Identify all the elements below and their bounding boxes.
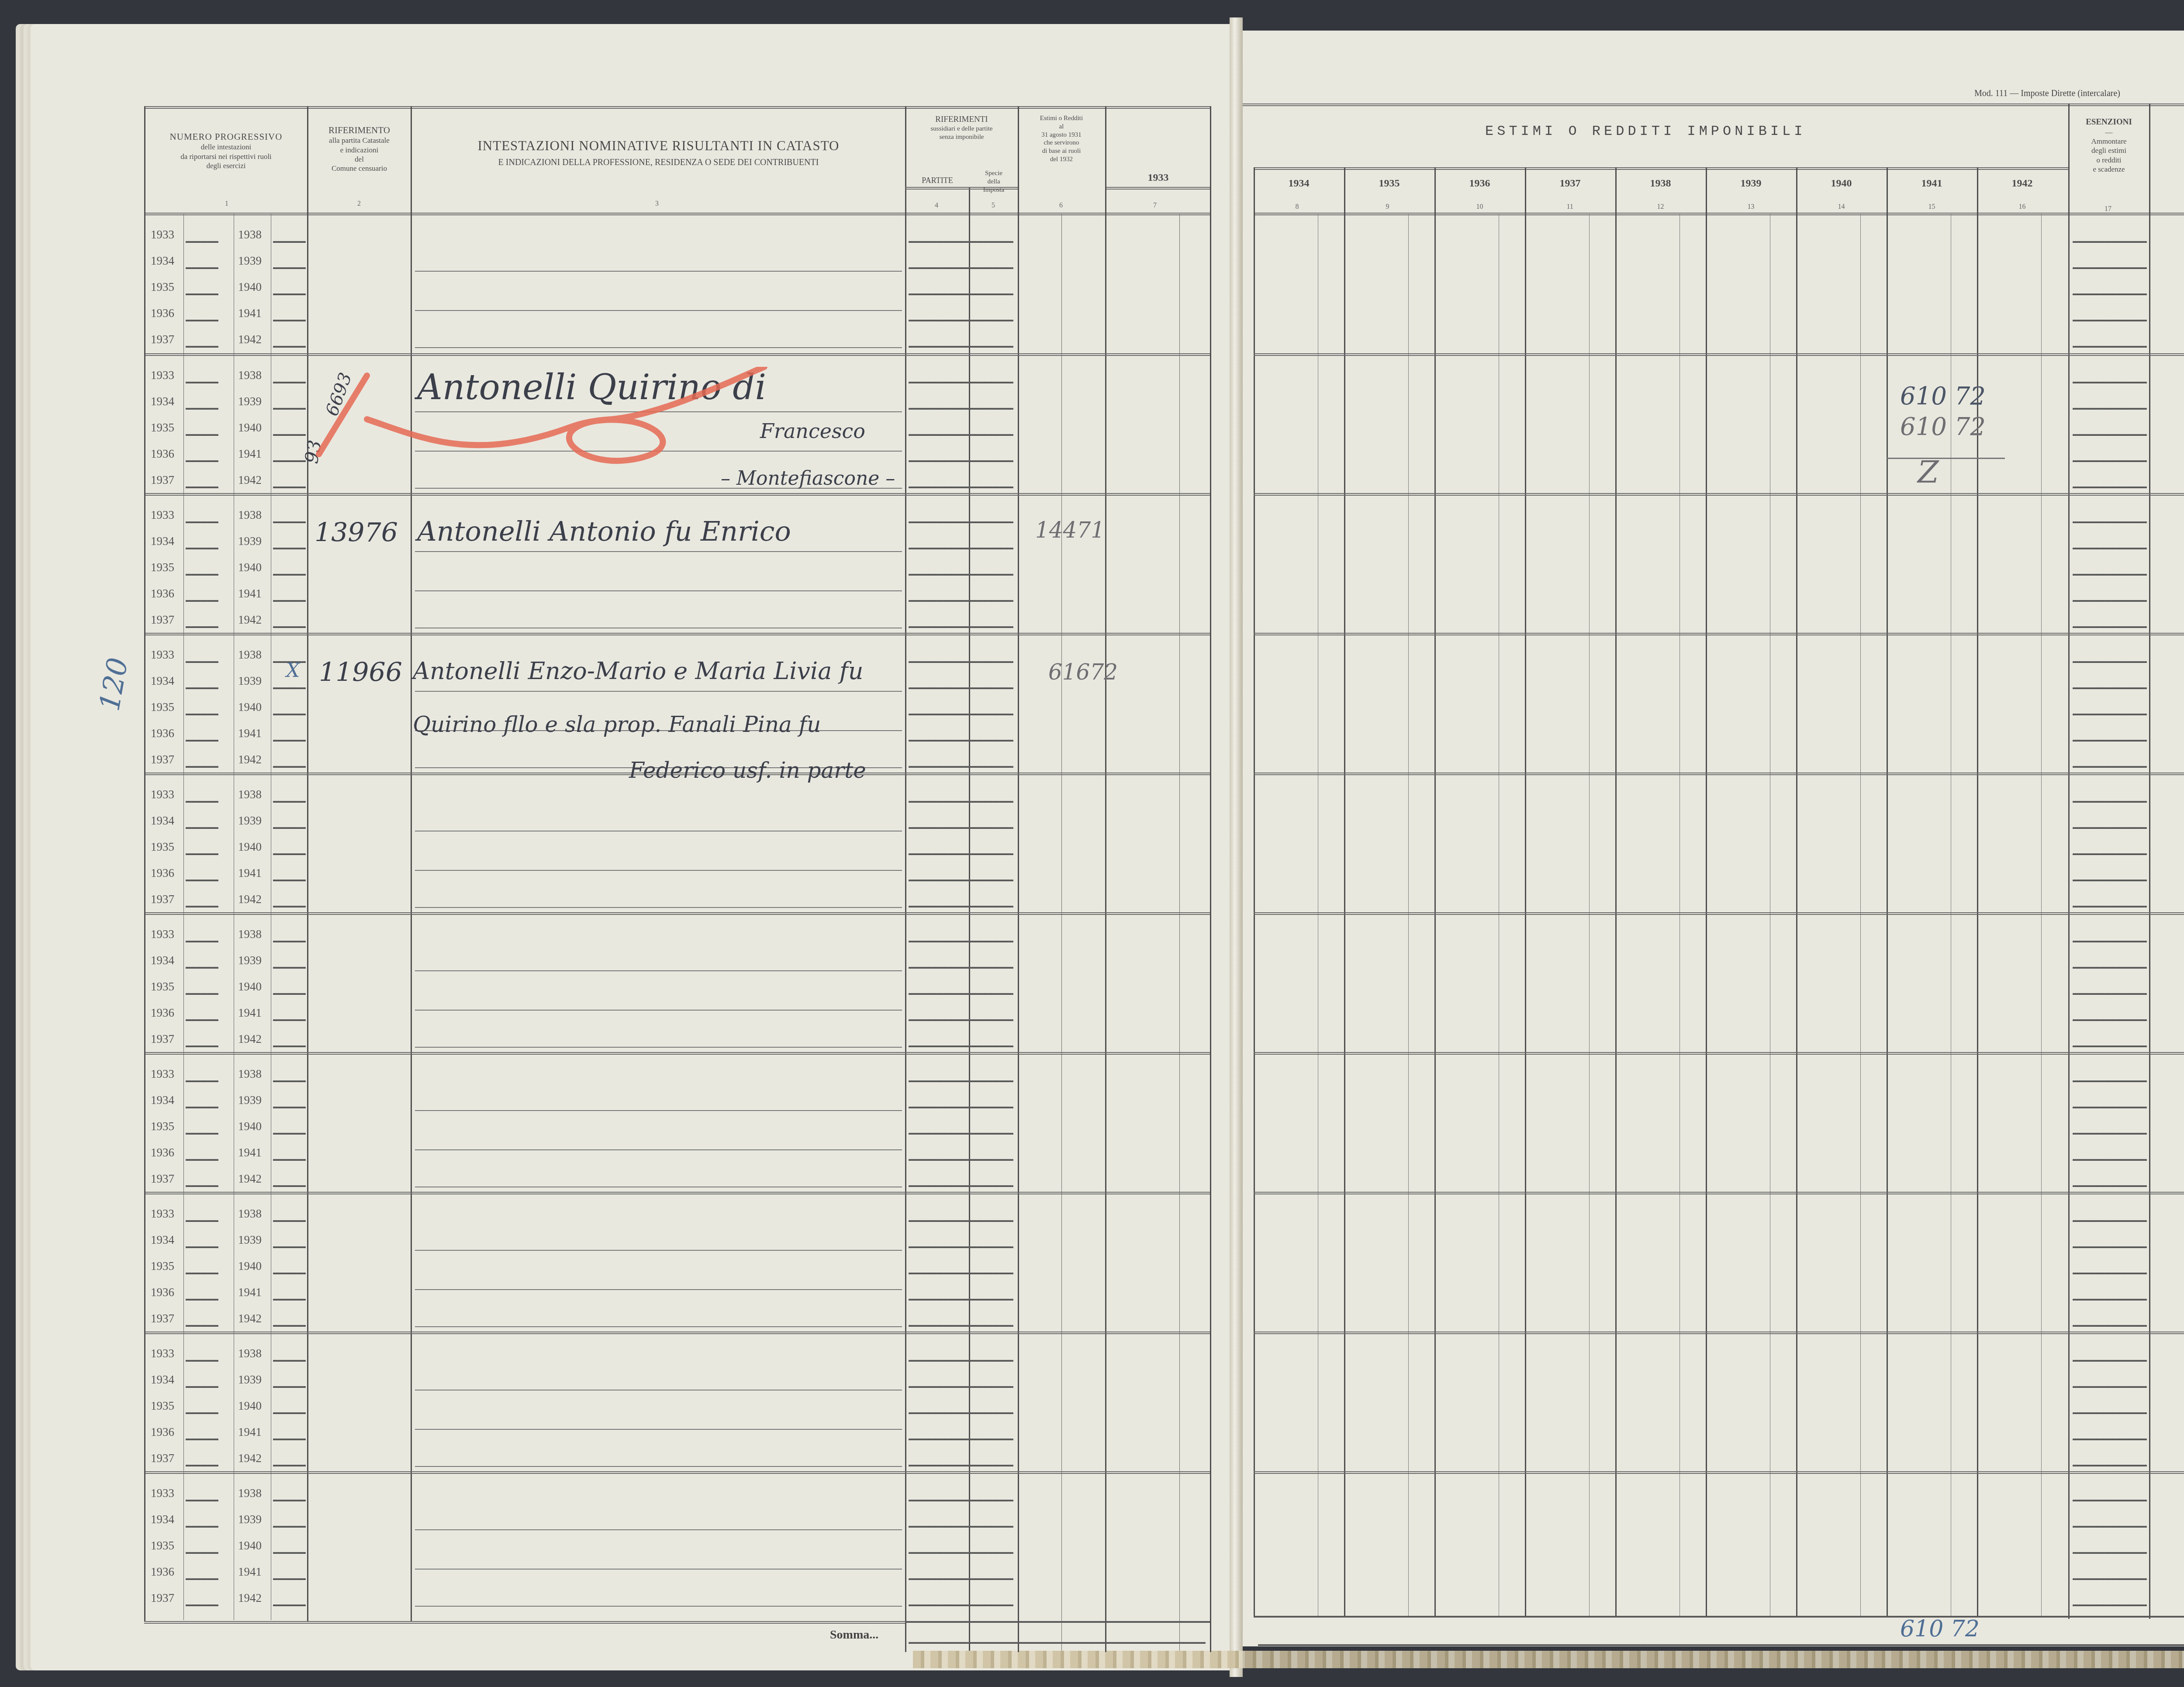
somma-1941-value: 610 72 [1900, 1616, 1980, 1642]
row3-name: Antonelli Antonio fu Enrico [417, 515, 791, 547]
column-number: 8 [1296, 203, 1299, 211]
year-label: 1934 [151, 954, 174, 967]
year-label: 1938 [238, 1347, 262, 1360]
year-label: 1940 [238, 421, 262, 435]
year-label: 1941 [238, 1565, 262, 1579]
year-label: 1936 [151, 447, 174, 461]
book-gutter [1230, 17, 1243, 1677]
year-label: 1942 [238, 1452, 262, 1465]
year-label: 1936 [151, 866, 174, 880]
column-number: 16 [2019, 203, 2026, 211]
year-label: 1937 [151, 1032, 174, 1046]
header-year-1934: 1934 [1254, 177, 1344, 190]
year-label: 1933 [151, 928, 174, 941]
column-number-5: 5 [992, 202, 995, 210]
year-label: 1942 [238, 753, 262, 766]
column-number: 9 [1386, 203, 1389, 211]
year-label: 1937 [151, 893, 174, 906]
year-label: 1938 [238, 928, 262, 941]
year-label: 1941 [238, 1006, 262, 1020]
year-label: 1936 [151, 587, 174, 600]
somma-label: Somma... [830, 1628, 878, 1642]
year-label: 1933 [151, 1067, 174, 1081]
year-label: 1936 [151, 1565, 174, 1579]
year-label: 1942 [238, 893, 262, 906]
right-page [1236, 31, 2184, 1646]
year-label: 1936 [151, 1425, 174, 1439]
year-label: 1934 [151, 814, 174, 828]
year-label: 1941 [238, 1286, 262, 1299]
year-label: 1942 [238, 1312, 262, 1325]
year-label: 1933 [151, 648, 174, 662]
red-strikethrough-icon [306, 367, 917, 472]
column-number-1: 1 [225, 200, 228, 208]
year-label: 1934 [151, 1233, 174, 1247]
year-label: 1937 [151, 1172, 174, 1186]
year-label: 1936 [151, 1006, 174, 1020]
column-number: 10 [1476, 203, 1483, 211]
header-riferimento: RIFERIMENTO alla partita Catastale e ind… [308, 124, 411, 173]
row4-mark: X [286, 659, 300, 682]
header-year-1933: 1933 [1106, 171, 1210, 184]
year-label: 1940 [238, 1539, 262, 1552]
column-number: 11 [1567, 203, 1573, 211]
year-label: 1934 [151, 1094, 174, 1107]
year-label: 1933 [151, 1207, 174, 1221]
torn-page-edge [913, 1651, 2184, 1668]
row3-partita: 13976 [314, 517, 398, 548]
column-number-17: 17 [2105, 205, 2111, 213]
header-estimi-1931: Estimi o Redditi al 31 agosto 1931 che s… [1019, 114, 1104, 164]
header-numero-progressivo: NUMERO PROGRESSIVO delle intestazioni da… [146, 131, 306, 170]
year-label: 1935 [151, 1539, 174, 1552]
column-number-4: 4 [935, 202, 938, 210]
year-label: 1941 [238, 307, 262, 320]
year-label: 1941 [238, 1425, 262, 1439]
year-label: 1937 [151, 1452, 174, 1465]
year-label: 1934 [151, 254, 174, 268]
year-label: 1940 [238, 980, 262, 994]
year-label: 1941 [238, 447, 262, 461]
row2-1941-value: 610 72 [1900, 382, 1986, 411]
header-partite: PARTITE [906, 176, 969, 186]
year-label: 1938 [238, 1067, 262, 1081]
row4-name: Antonelli Enzo-Mario e Maria Livia fu [413, 657, 863, 685]
year-label: 1938 [238, 1207, 262, 1221]
year-label: 1935 [151, 1399, 174, 1413]
year-label: 1935 [151, 561, 174, 574]
year-label: 1933 [151, 788, 174, 801]
year-label: 1939 [238, 1233, 262, 1247]
year-label: 1937 [151, 753, 174, 766]
header-year-1939: 1939 [1706, 177, 1796, 190]
column-number: 12 [1657, 203, 1664, 211]
year-label: 1934 [151, 1373, 174, 1387]
year-label: 1942 [238, 1172, 262, 1186]
year-label: 1935 [151, 1120, 174, 1133]
row2-1941-mark: Z [1918, 454, 1939, 490]
year-label: 1939 [238, 254, 262, 268]
year-label: 1939 [238, 814, 262, 828]
year-label: 1934 [151, 674, 174, 688]
year-label: 1935 [151, 840, 174, 854]
column-number: 13 [1748, 203, 1755, 211]
year-label: 1940 [238, 1259, 262, 1273]
row4-estimo-1931: 61672 [1048, 659, 1118, 685]
year-label: 1940 [238, 280, 262, 294]
header-year-1940: 1940 [1796, 177, 1887, 190]
year-label: 1941 [238, 1146, 262, 1159]
year-label: 1939 [238, 954, 262, 967]
year-label: 1939 [238, 535, 262, 548]
year-label: 1939 [238, 395, 262, 408]
row3-estimo-1931: 14471 [1035, 517, 1105, 543]
row2-1941-value-pencil: 610 72 [1900, 413, 1986, 441]
year-label: 1942 [238, 1032, 262, 1046]
year-label: 1940 [238, 700, 262, 714]
column-number-2: 2 [357, 200, 361, 208]
header-year-1936: 1936 [1434, 177, 1525, 190]
year-label: 1939 [238, 1094, 262, 1107]
year-label: 1942 [238, 613, 262, 627]
header-esenzioni: ESENZIONI — Ammontare degli estimi o red… [2069, 117, 2149, 174]
year-label: 1934 [151, 1513, 174, 1526]
year-label: 1937 [151, 333, 174, 346]
header-year-1935: 1935 [1344, 177, 1434, 190]
year-label: 1936 [151, 1286, 174, 1299]
year-label: 1939 [238, 674, 262, 688]
year-label: 1937 [151, 1591, 174, 1605]
year-label: 1937 [151, 1312, 174, 1325]
row4-name-line3: Federico usf. in parte [629, 758, 866, 783]
column-number: 15 [1928, 203, 1935, 211]
header-intestazioni: INTESTAZIONI NOMINATIVE RISULTANTI IN CA… [413, 138, 904, 168]
year-label: 1939 [238, 1513, 262, 1526]
row4-partita: 11966 [319, 657, 402, 688]
year-label: 1940 [238, 561, 262, 574]
year-label: 1938 [238, 369, 262, 382]
section-title-estimi: ESTIMI O REDDITI IMPONIBILI [1485, 123, 1806, 139]
form-code: Mod. 111 — Imposte Dirette (intercalare) [1974, 89, 2120, 99]
column-number-6: 6 [1059, 202, 1063, 210]
year-label: 1934 [151, 535, 174, 548]
year-label: 1942 [238, 1591, 262, 1605]
year-label: 1934 [151, 395, 174, 408]
year-label: 1936 [151, 307, 174, 320]
column-number-3: 3 [655, 200, 659, 208]
year-label: 1940 [238, 840, 262, 854]
year-label: 1938 [238, 228, 262, 241]
header-riferimenti-sussidiari: RIFERIMENTI sussidiari e delle partite s… [906, 114, 1017, 141]
year-label: 1935 [151, 1259, 174, 1273]
column-number-7: 7 [1153, 202, 1157, 210]
year-label: 1933 [151, 508, 174, 522]
year-label: 1933 [151, 1347, 174, 1360]
year-label: 1937 [151, 473, 174, 487]
year-label: 1933 [151, 369, 174, 382]
year-label: 1933 [151, 1487, 174, 1500]
header-annotazioni: ANNOTAZIONI [2150, 151, 2184, 163]
year-label: 1941 [238, 866, 262, 880]
row4-name-line2: Quirino fllo e sla prop. Fanali Pina fu [413, 712, 821, 737]
year-label: 1938 [238, 788, 262, 801]
column-number: 14 [1838, 203, 1845, 211]
header-year-1941: 1941 [1887, 177, 1977, 190]
year-label: 1942 [238, 333, 262, 346]
year-label: 1935 [151, 280, 174, 294]
year-label: 1935 [151, 421, 174, 435]
header-year-1938: 1938 [1615, 177, 1706, 190]
year-label: 1935 [151, 980, 174, 994]
year-label: 1941 [238, 727, 262, 740]
year-label: 1936 [151, 1146, 174, 1159]
year-label: 1933 [151, 228, 174, 241]
header-specie-imposta: Specie della Imposta [970, 169, 1018, 194]
year-label: 1938 [238, 648, 262, 662]
year-label: 1941 [238, 587, 262, 600]
header-year-1937: 1937 [1525, 177, 1615, 190]
year-label: 1938 [238, 508, 262, 522]
year-label: 1939 [238, 1373, 262, 1387]
year-label: 1935 [151, 700, 174, 714]
year-label: 1938 [238, 1487, 262, 1500]
year-label: 1940 [238, 1120, 262, 1133]
year-label: 1940 [238, 1399, 262, 1413]
year-label: 1937 [151, 613, 174, 627]
header-year-1942: 1942 [1977, 177, 2067, 190]
year-label: 1936 [151, 727, 174, 740]
year-label: 1942 [238, 473, 262, 487]
